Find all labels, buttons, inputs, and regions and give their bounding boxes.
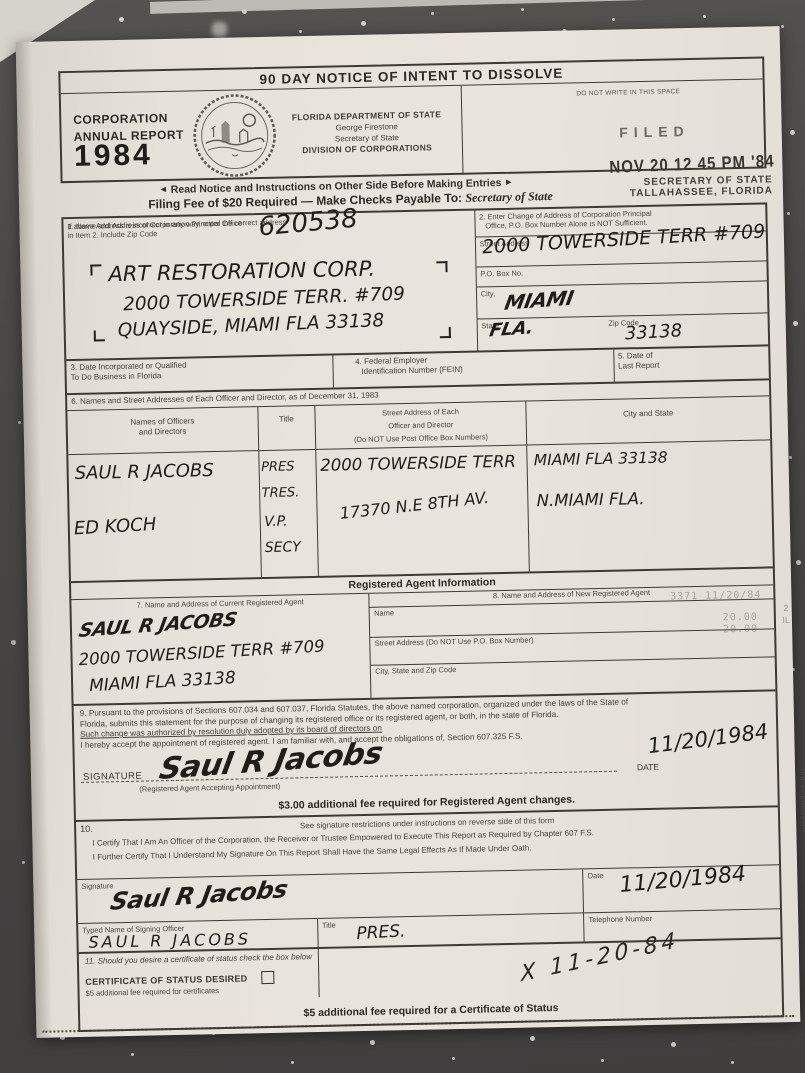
agent-street-handwriting: 2000 TOWERSIDE TERR #709: [78, 636, 325, 669]
agent-city-handwriting: MIAMI FLA 33138: [89, 668, 237, 696]
division-name: DIVISION OF CORPORATIONS: [278, 141, 456, 156]
validation-stamp-line: 3371 11/20/84: [670, 590, 761, 603]
section-8-new-agent: 8. Name and Address of New Registered Ag…: [370, 585, 776, 697]
department-block: FLORIDA DEPARTMENT OF STATE George Fires…: [277, 108, 462, 156]
margin-mark-2: IL: [782, 614, 790, 626]
section-2-change-of-address: 2. Enter Change of Address of Corporatio…: [475, 204, 768, 350]
section-10-number: 10.: [80, 824, 93, 834]
margin-mark-1: 2: [782, 602, 790, 614]
title-column: PRES TRES. V.P. SECY: [259, 450, 319, 577]
address-bracket-tr: [436, 261, 447, 272]
col-header-names: Names of Officers and Directors: [67, 407, 258, 454]
document-paper: CR2E034 (7-84) 2 IL 90 DAY NOTICE OF INT…: [16, 26, 801, 1038]
agent-name-handwriting: SAUL R JACOBS: [77, 609, 238, 643]
left-arrow-icon: ◄: [159, 184, 168, 194]
section-4-fein: 4. Federal Employer Identification Numbe…: [333, 350, 614, 388]
col-header-city: City and State: [527, 396, 771, 444]
validation-amount-1: 20.00: [723, 612, 758, 624]
zip-handwriting: 33138: [624, 320, 682, 344]
names-column: SAUL R JACOBS ED KOCH: [68, 451, 261, 581]
florida-state-seal-icon: [191, 91, 279, 179]
officer-1-address: 2000 TOWERSIDE TERR: [320, 452, 516, 475]
zip-field: Zip Code 33138: [608, 316, 764, 344]
address-column: 2000 TOWERSIDE TERR 17370 N.E 8TH AV.: [316, 445, 530, 575]
state-zip-row: State FLA. Zip Code 33138: [477, 312, 768, 348]
filed-office-line2: TALLAHASSEE, FLORIDA: [630, 185, 773, 199]
city-column: MIAMI FLA 33138 N.MIAMI FLA.: [527, 440, 772, 571]
officer-2-address: 17370 N.E 8TH AV.: [339, 488, 490, 523]
filed-office-stamp: SECRETARY OF STATE TALLAHASSEE, FLORIDA: [629, 174, 773, 199]
section-9-agent-statement: 9. Pursuant to the provisions of Section…: [74, 691, 778, 822]
state-handwriting: FLA.: [487, 317, 534, 341]
header-left: CORPORATION ANNUAL REPORT 1984: [61, 86, 463, 183]
address-bracket-br: [440, 327, 451, 338]
officer-1-name: SAUL R JACOBS: [74, 460, 213, 484]
report-year: 1984: [74, 146, 185, 165]
officer-2-title: V.P. SECY: [264, 508, 301, 561]
form-body: 1. Name and Address of Corporation Princ…: [61, 202, 784, 1032]
city-handwriting: MIAMI: [502, 286, 575, 315]
validation-amount-2: 20.00: [723, 624, 758, 636]
officer-2-name: ED KOCH: [73, 514, 157, 540]
state-field: State FLA.: [481, 319, 609, 347]
section-5-last-report: 5. Date of Last Report: [614, 346, 769, 381]
filed-stamp: FILED: [619, 123, 690, 140]
officer-1-city: MIAMI FLA 33138: [534, 449, 668, 470]
section-1-2-row: 1. Name and Address of Corporation Princ…: [63, 204, 768, 361]
payable-to-text: Secretary of State: [465, 189, 553, 205]
margin-validation-marks: 2 IL: [782, 602, 790, 626]
date-label: DATE: [637, 762, 659, 772]
do-not-write-label: DO NOT WRITE IN THIS SPACE: [576, 88, 680, 97]
certificate-fee-note: $5 additional fee required for a Certifi…: [80, 997, 782, 1024]
col-header-title: Title: [258, 406, 316, 450]
officer-date-field: Date 11/20/1984: [583, 865, 780, 912]
col-header-names-text: Names of Officers and Directors: [67, 407, 257, 439]
section-3-date-incorporated: 3. Date Incorporated or Qualified To Do …: [66, 356, 333, 394]
page-edge-strip: [150, 0, 710, 14]
section-1-principal-office: 1. Name and Address of Corporation Princ…: [63, 211, 477, 360]
report-title-block: CORPORATION ANNUAL REPORT 1984: [61, 110, 184, 166]
col-header-city-text: City and State: [527, 396, 770, 421]
section-7-label: 7. Name and Address of Current Registere…: [75, 596, 364, 611]
section-7-8-row: 7. Name and Address of Current Registere…: [71, 585, 775, 706]
certificate-of-status-checkbox: [261, 971, 274, 984]
section-11-certificate-of-status: 11. Should you desire a certificate of s…: [79, 939, 782, 1030]
col-header-title-text: Title: [258, 406, 315, 425]
certificate-desired-label: CERTIFICATE OF STATUS DESIRED: [85, 973, 247, 986]
right-arrow-icon: ►: [504, 177, 513, 187]
scanned-photo-background: CR2E034 (7-84) 2 IL 90 DAY NOTICE OF INT…: [0, 0, 805, 1073]
new-agent-city-field: City, State and Zip Code: [371, 656, 775, 697]
telephone-field: Telephone Number: [583, 909, 780, 941]
typed-name-handwriting: SAUL R JACOBS: [88, 929, 251, 951]
address-note: If above Address is incorrect in any way…: [67, 217, 289, 358]
signature-sublabel: (Registered Agent Accepting Appointment): [139, 782, 280, 794]
typed-name-field: Typed Name of Signing Officer SAUL R JAC…: [78, 919, 317, 952]
officer-1-title: PRES TRES.: [261, 454, 300, 507]
section-7-current-agent: 7. Name and Address of Current Registere…: [71, 594, 371, 704]
po-box-label: P.O. Box No.: [480, 264, 762, 279]
annual-report-form: 90 DAY NOTICE OF INTENT TO DISSOLVE CORP…: [58, 56, 784, 1032]
officer-2-city: N.MIAMI FLA.: [536, 489, 644, 510]
title-handwriting: PRES.: [356, 921, 406, 944]
title-field: Title PRES.: [317, 913, 584, 947]
telephone-label: Telephone Number: [588, 911, 776, 924]
section-5-label-line2: Last Report: [618, 358, 765, 371]
left-edge-smudge: [16, 42, 53, 1038]
officers-table-body: SAUL R JACOBS ED KOCH PRES TRES. V.P. SE…: [68, 440, 773, 583]
form-number-code: CR2E034 (7-84): [800, 768, 805, 833]
col-header-address: Street Address of Each Officer and Direc…: [315, 401, 527, 448]
